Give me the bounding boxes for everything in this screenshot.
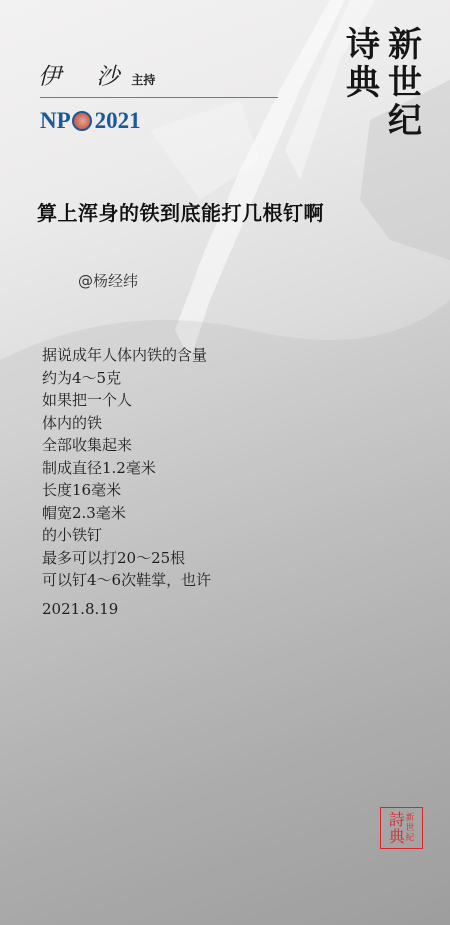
masthead-column-left: 诗 典: [346, 26, 380, 140]
host-role: 主持: [131, 71, 155, 88]
poem-line: 可以钉4～6次鞋掌，也许: [42, 569, 211, 592]
poem-line: 帽宽2.3毫米: [42, 502, 211, 525]
seal-char: 詩: [389, 811, 405, 828]
seal-small-text: 新 世 紀: [406, 813, 415, 843]
poem-line: 长度16毫米: [42, 479, 211, 502]
masthead-char: 典: [346, 64, 380, 102]
red-seal-stamp-icon: 詩 典 新 世 紀: [380, 807, 423, 849]
seal-char: 世: [406, 823, 415, 833]
poem-line: 的小铁钉: [42, 524, 211, 547]
poem-title: 算上浑身的铁到底能打几根钉啊: [37, 197, 324, 226]
seal-large-text: 詩 典: [389, 811, 405, 845]
npo-brand: NP 2021: [40, 108, 141, 134]
header-divider: [40, 97, 278, 98]
seal-char: 典: [389, 828, 405, 845]
poem-body: 据说成年人体内铁的含量 约为4～5克 如果把一个人 体内的铁 全部收集起来 制成…: [42, 344, 211, 592]
masthead-title: 新 世 纪 诗 典: [346, 26, 422, 140]
poem-line: 如果把一个人: [42, 389, 211, 412]
poem-line: 体内的铁: [42, 412, 211, 435]
masthead-char: 新: [388, 26, 422, 64]
brand-year: 2021: [95, 108, 141, 134]
host-credit: 伊 沙 主持: [38, 58, 155, 91]
masthead-char: 诗: [346, 26, 380, 64]
seal-char: 紀: [406, 833, 415, 843]
masthead-char: 世: [388, 64, 422, 102]
poem-author: @杨经纬: [78, 270, 138, 291]
poem-date: 2021.8.19: [42, 600, 118, 618]
poem-line: 全部收集起来: [42, 434, 211, 457]
brand-prefix: NP: [40, 108, 71, 134]
poem-line: 制成直径1.2毫米: [42, 457, 211, 480]
poem-line: 据说成年人体内铁的含量: [42, 344, 211, 367]
poem-line: 最多可以打20～25根: [42, 547, 211, 570]
masthead-char: 纪: [388, 102, 422, 140]
npo-globe-logo-icon: [72, 111, 92, 131]
host-name: 伊 沙: [38, 58, 133, 91]
poem-line: 约为4～5克: [42, 367, 211, 390]
seal-char: 新: [406, 813, 415, 823]
masthead-column-right: 新 世 纪: [388, 26, 422, 140]
